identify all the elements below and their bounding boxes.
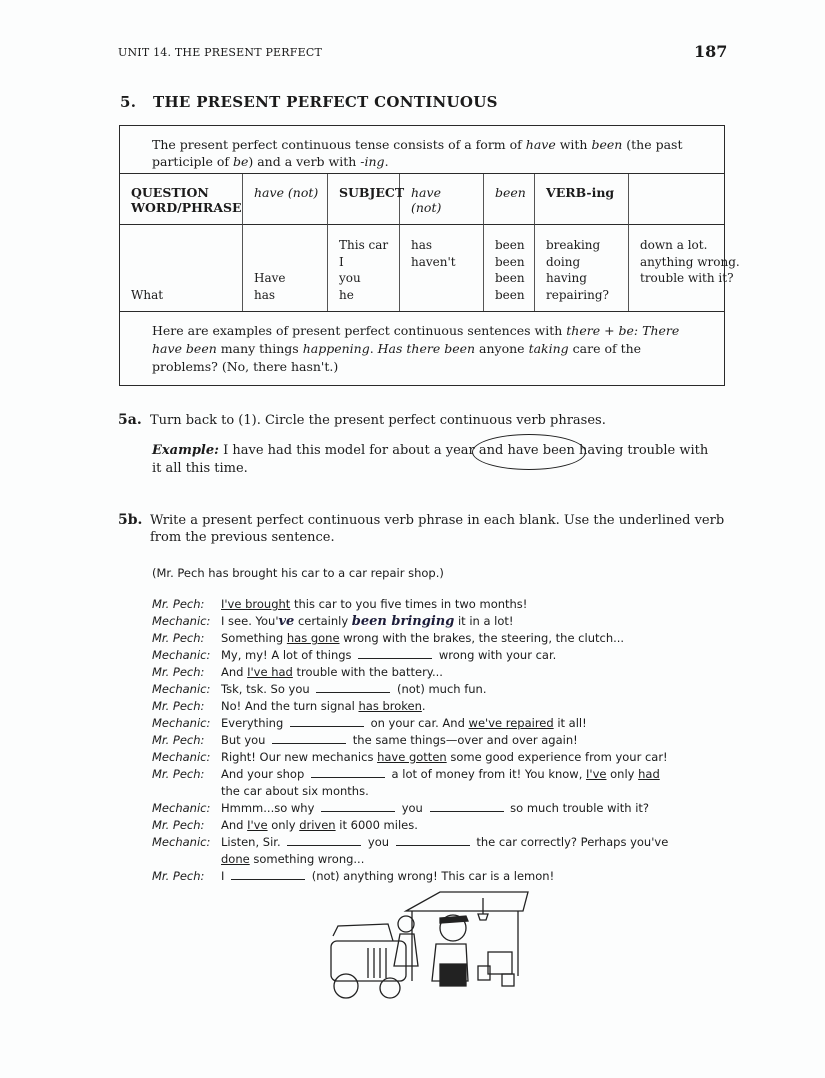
utterance: My, my! A lot of things wrong with your …: [221, 647, 556, 664]
utterance: Right! Our new mechanics have gotten som…: [221, 749, 668, 766]
exercise-context: (Mr. Pech has brought his car to a car r…: [152, 566, 444, 580]
utterance: And I've had trouble with the battery...: [221, 664, 443, 681]
dialog-line: done something wrong...: [152, 851, 712, 868]
utterance: I've brought this car to you five times …: [221, 596, 527, 613]
table-cell: been: [495, 270, 526, 287]
speaker-label: Mechanic:: [152, 800, 210, 817]
answer-blank[interactable]: [430, 801, 504, 812]
underlined-verb: I've had: [247, 665, 293, 679]
dialog-line: Mechanic:Tsk, tsk. So you (not) much fun…: [152, 681, 712, 698]
dialog-line: Mr. Pech:I (not) anything wrong! This ca…: [152, 868, 712, 885]
speaker-label: Mr. Pech:: [152, 817, 204, 834]
grammar-intro: The present perfect continuous tense con…: [120, 126, 724, 174]
speaker-label: Mechanic:: [152, 834, 210, 851]
utterance: And your shop a lot of money from it! Yo…: [221, 766, 660, 783]
utterance: And I've only driven it 6000 miles.: [221, 817, 418, 834]
table-cell: repairing?: [546, 287, 620, 304]
underlined-verb: I've: [247, 818, 267, 832]
speaker-label: Mr. Pech:: [152, 630, 204, 647]
speaker-label: Mr. Pech:: [152, 732, 204, 749]
table-cell: [131, 254, 234, 271]
column-header: VERB-ing: [535, 174, 629, 225]
column-header: have (not): [400, 174, 484, 225]
table-column-cell: breakingdoinghavingrepairing?: [535, 225, 629, 311]
dialog-line: Mr. Pech:And I've had trouble with the b…: [152, 664, 712, 681]
dialog-line: Mr. Pech:But you the same things—over an…: [152, 732, 712, 749]
example-label: Example:: [152, 443, 219, 458]
exercise-5a-example: Example: I have had this model for about…: [152, 442, 712, 478]
utterance: Listen, Sir. you the car correctly? Perh…: [221, 834, 668, 851]
underlined-verb: done: [221, 852, 250, 866]
table-column-cell: What: [120, 225, 243, 311]
table-cell: you: [339, 270, 391, 287]
utterance: But you the same things—over and over ag…: [221, 732, 578, 749]
handwritten-answer: been bringing: [352, 614, 455, 629]
speaker-label: Mr. Pech:: [152, 596, 204, 613]
table-cell: haven't: [411, 254, 475, 271]
column-header: [629, 174, 724, 225]
answer-blank[interactable]: [287, 835, 361, 846]
table-cell: been: [495, 237, 526, 254]
column-header: QUESTION WORD/PHRASE: [120, 174, 243, 225]
table-cell: [411, 270, 475, 287]
section-title: 5.THE PRESENT PERFECT CONTINUOUS: [120, 93, 498, 111]
table-cell: he: [339, 287, 391, 304]
cartoon-car-repair-shop-icon: [328, 886, 534, 1004]
utterance: Something has gone wrong with the brakes…: [221, 630, 624, 647]
underlined-verb: I've: [586, 767, 606, 781]
utterance: No! And the turn signal has broken.: [221, 698, 426, 715]
answer-blank[interactable]: [231, 869, 305, 880]
table-cell: doing: [546, 254, 620, 271]
table-cell: [640, 287, 740, 304]
underlined-verb: I've brought: [221, 597, 290, 611]
utterance: I see. You've certainly been bringing it…: [221, 613, 514, 630]
speaker-label: Mr. Pech:: [152, 766, 204, 783]
table-column-cell: down a lot.anything wrong.trouble with i…: [629, 225, 748, 311]
dialog-line: Mr. Pech:Something has gone wrong with t…: [152, 630, 712, 647]
exercise-5b-label: 5b.: [118, 512, 142, 529]
utterance: the car about six months.: [221, 783, 369, 800]
table-cell: been: [495, 254, 526, 271]
table-cell: [254, 254, 319, 271]
table-column-cell: This carIyouhe: [328, 225, 400, 311]
handwritten-answer: ve: [278, 614, 294, 629]
dialog-line: Mr. Pech:And I've only driven it 6000 mi…: [152, 817, 712, 834]
table-cell: trouble with it?: [640, 270, 740, 287]
underlined-verb: had: [638, 767, 660, 781]
exercise-5a-instruction: Turn back to (1). Circle the present per…: [150, 412, 730, 429]
section-title-text: THE PRESENT PERFECT CONTINUOUS: [153, 93, 498, 111]
table-cell: anything wrong.: [640, 254, 740, 271]
table-cell: has: [254, 287, 319, 304]
table-cell: This car: [339, 237, 391, 254]
underlined-verb: has gone: [287, 631, 340, 645]
grammar-table-header: QUESTION WORD/PHRASEhave (not)SUBJECThav…: [120, 174, 724, 225]
grammar-table-body: WhatHavehasThis carIyouhehashaven'tbeenb…: [120, 225, 724, 311]
answer-blank[interactable]: [316, 682, 390, 693]
speaker-label: Mr. Pech:: [152, 698, 204, 715]
table-column-cell: hashaven't: [400, 225, 484, 311]
page-number: 187: [694, 42, 727, 61]
answer-blank[interactable]: [311, 767, 385, 778]
table-column-cell: Havehas: [243, 225, 328, 311]
dialog-line: Mechanic:Hmmm...so why you so much troub…: [152, 800, 712, 817]
dialog: Mr. Pech:I've brought this car to you fi…: [152, 596, 712, 885]
dialog-line: Mechanic:Everything on your car. And we'…: [152, 715, 712, 732]
speaker-label: Mr. Pech:: [152, 868, 204, 885]
speaker-label: Mechanic:: [152, 647, 210, 664]
utterance: done something wrong...: [221, 851, 364, 868]
dialog-line: Mr. Pech:And your shop a lot of money fr…: [152, 766, 712, 783]
dialog-line: Mechanic:Right! Our new mechanics have g…: [152, 749, 712, 766]
table-cell: [254, 237, 319, 254]
utterance: I (not) anything wrong! This car is a le…: [221, 868, 554, 885]
speaker-label: Mechanic:: [152, 681, 210, 698]
exercise-5b-instruction: Write a present perfect continuous verb …: [150, 512, 725, 546]
exercise-5a-label: 5a.: [118, 412, 142, 429]
answer-blank[interactable]: [290, 716, 364, 727]
table-cell: having: [546, 270, 620, 287]
underlined-verb: we've repaired: [469, 716, 554, 730]
underlined-verb: driven: [299, 818, 335, 832]
column-header: been: [484, 174, 535, 225]
underlined-verb: have gotten: [377, 750, 447, 764]
speaker-label: Mechanic:: [152, 715, 210, 732]
utterance: Tsk, tsk. So you (not) much fun.: [221, 681, 487, 698]
utterance: Everything on your car. And we've repair…: [221, 715, 587, 732]
table-cell: has: [411, 237, 475, 254]
table-cell: [411, 287, 475, 304]
utterance: Hmmm...so why you so much trouble with i…: [221, 800, 649, 817]
column-header: SUBJECT: [328, 174, 400, 225]
underlined-verb: has broken: [358, 699, 421, 713]
answer-blank[interactable]: [396, 835, 470, 846]
speaker-label: Mechanic:: [152, 613, 210, 630]
section-number: 5.: [120, 93, 153, 111]
dialog-line: Mr. Pech:I've brought this car to you fi…: [152, 596, 712, 613]
speaker-label: Mechanic:: [152, 749, 210, 766]
circle-mark: [472, 434, 586, 470]
table-cell: What: [131, 287, 234, 304]
dialog-line: Mechanic:Listen, Sir. you the car correc…: [152, 834, 712, 851]
table-cell: [131, 270, 234, 287]
speaker-label: Mr. Pech:: [152, 664, 204, 681]
table-cell: down a lot.: [640, 237, 740, 254]
table-cell: Have: [254, 270, 319, 287]
table-cell: [131, 237, 234, 254]
answer-blank[interactable]: [358, 648, 432, 659]
grammar-box: The present perfect continuous tense con…: [119, 125, 725, 386]
dialog-line: Mechanic:My, my! A lot of things wrong w…: [152, 647, 712, 664]
column-header: have (not): [243, 174, 328, 225]
table-cell: breaking: [546, 237, 620, 254]
dialog-line: Mechanic:I see. You've certainly been br…: [152, 613, 712, 630]
table-cell: I: [339, 254, 391, 271]
answer-blank[interactable]: [272, 733, 346, 744]
running-header: UNIT 14. THE PRESENT PERFECT: [118, 46, 322, 59]
dialog-line: Mr. Pech:No! And the turn signal has bro…: [152, 698, 712, 715]
table-column-cell: beenbeenbeenbeen: [484, 225, 535, 311]
dialog-line: the car about six months.: [152, 783, 712, 800]
grammar-outro: Here are examples of present perfect con…: [120, 311, 724, 385]
answer-blank[interactable]: [321, 801, 395, 812]
table-cell: been: [495, 287, 526, 304]
